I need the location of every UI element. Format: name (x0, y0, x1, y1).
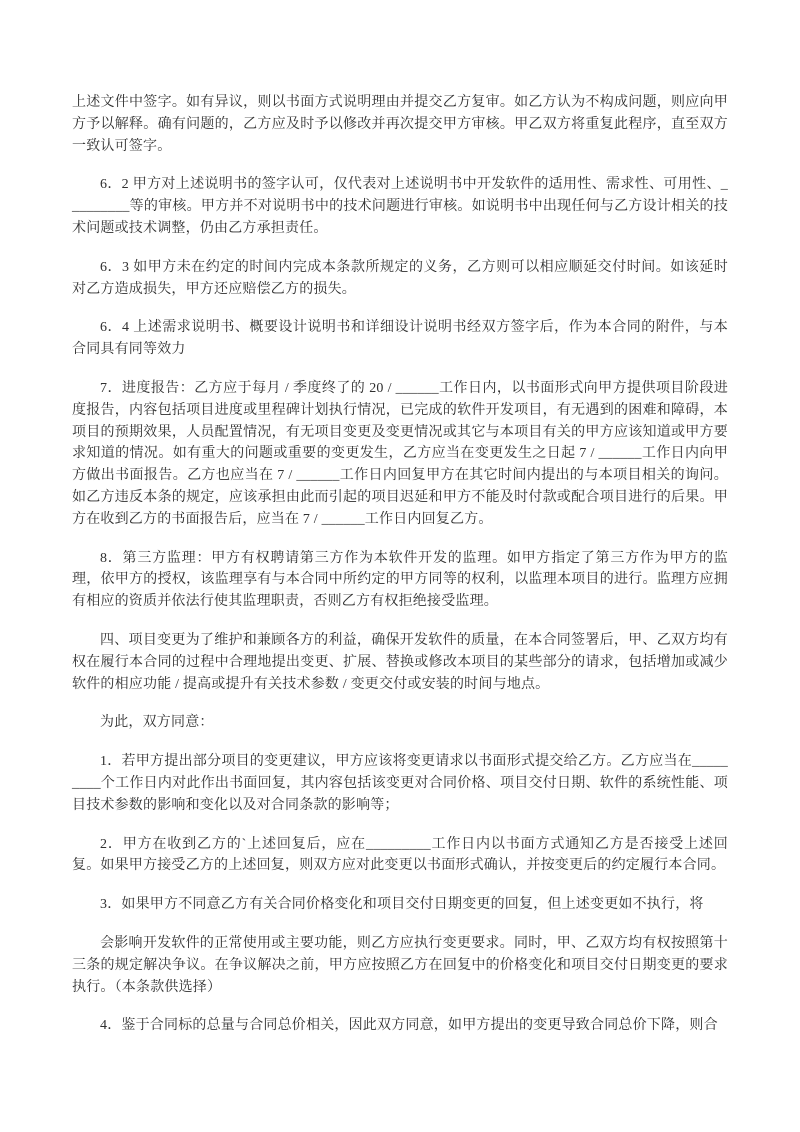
paragraph: 6．3 如甲方未在约定的时间内完成本条款所规定的义务，乙方则可以相应顺延交付时间… (72, 257, 728, 301)
paragraph: 1．若甲方提出部分项目的变更建议，甲方应该将变更请求以书面形式提交给乙方。乙方应… (72, 751, 728, 816)
paragraph: 7．进度报告：乙方应于每月 / 季度终了的 20 / ______工作日内，以书… (72, 378, 728, 531)
paragraph: 四、项目变更为了维护和兼顾各方的利益，确保开发软件的质量，在本合同签署后，甲、乙… (72, 630, 728, 695)
document-page: 上述文件中签字。如有异议，则以书面方式说明理由并提交乙方复审。如乙方认为不构成问… (0, 0, 800, 1132)
paragraph: 会影响开发软件的正常使用或主要功能，则乙方应执行变更要求。同时，甲、乙双方均有权… (72, 933, 728, 998)
paragraph: 4．鉴于合同标的总量与合同总价相关，因此双方同意，如甲方提出的变更导致合同总价下… (72, 1015, 728, 1037)
paragraph: 3．如果甲方不同意乙方有关合同价格变化和项目交付日期变更的回复，但上述变更如不执… (72, 894, 728, 916)
document-content: 上述文件中签字。如有异议，则以书面方式说明理由并提交乙方复审。如乙方认为不构成问… (72, 92, 728, 1037)
paragraph: 为此，双方同意： (72, 712, 728, 734)
paragraph: 上述文件中签字。如有异议，则以书面方式说明理由并提交乙方复审。如乙方认为不构成问… (72, 92, 728, 157)
paragraph: 2．甲方在收到乙方的`上述回复后，应在_________工作日内以书面方式通知乙… (72, 834, 728, 878)
paragraph: 6．4 上述需求说明书、概要设计说明书和详细设计说明书经双方签字后，作为本合同的… (72, 317, 728, 361)
paragraph: 8．第三方监理：甲方有权聘请第三方作为本软件开发的监理。如甲方指定了第三方作为甲… (72, 548, 728, 613)
paragraph: 6．2 甲方对上述说明书的签字认可，仅代表对上述说明书中开发软件的适用性、需求性… (72, 174, 728, 239)
